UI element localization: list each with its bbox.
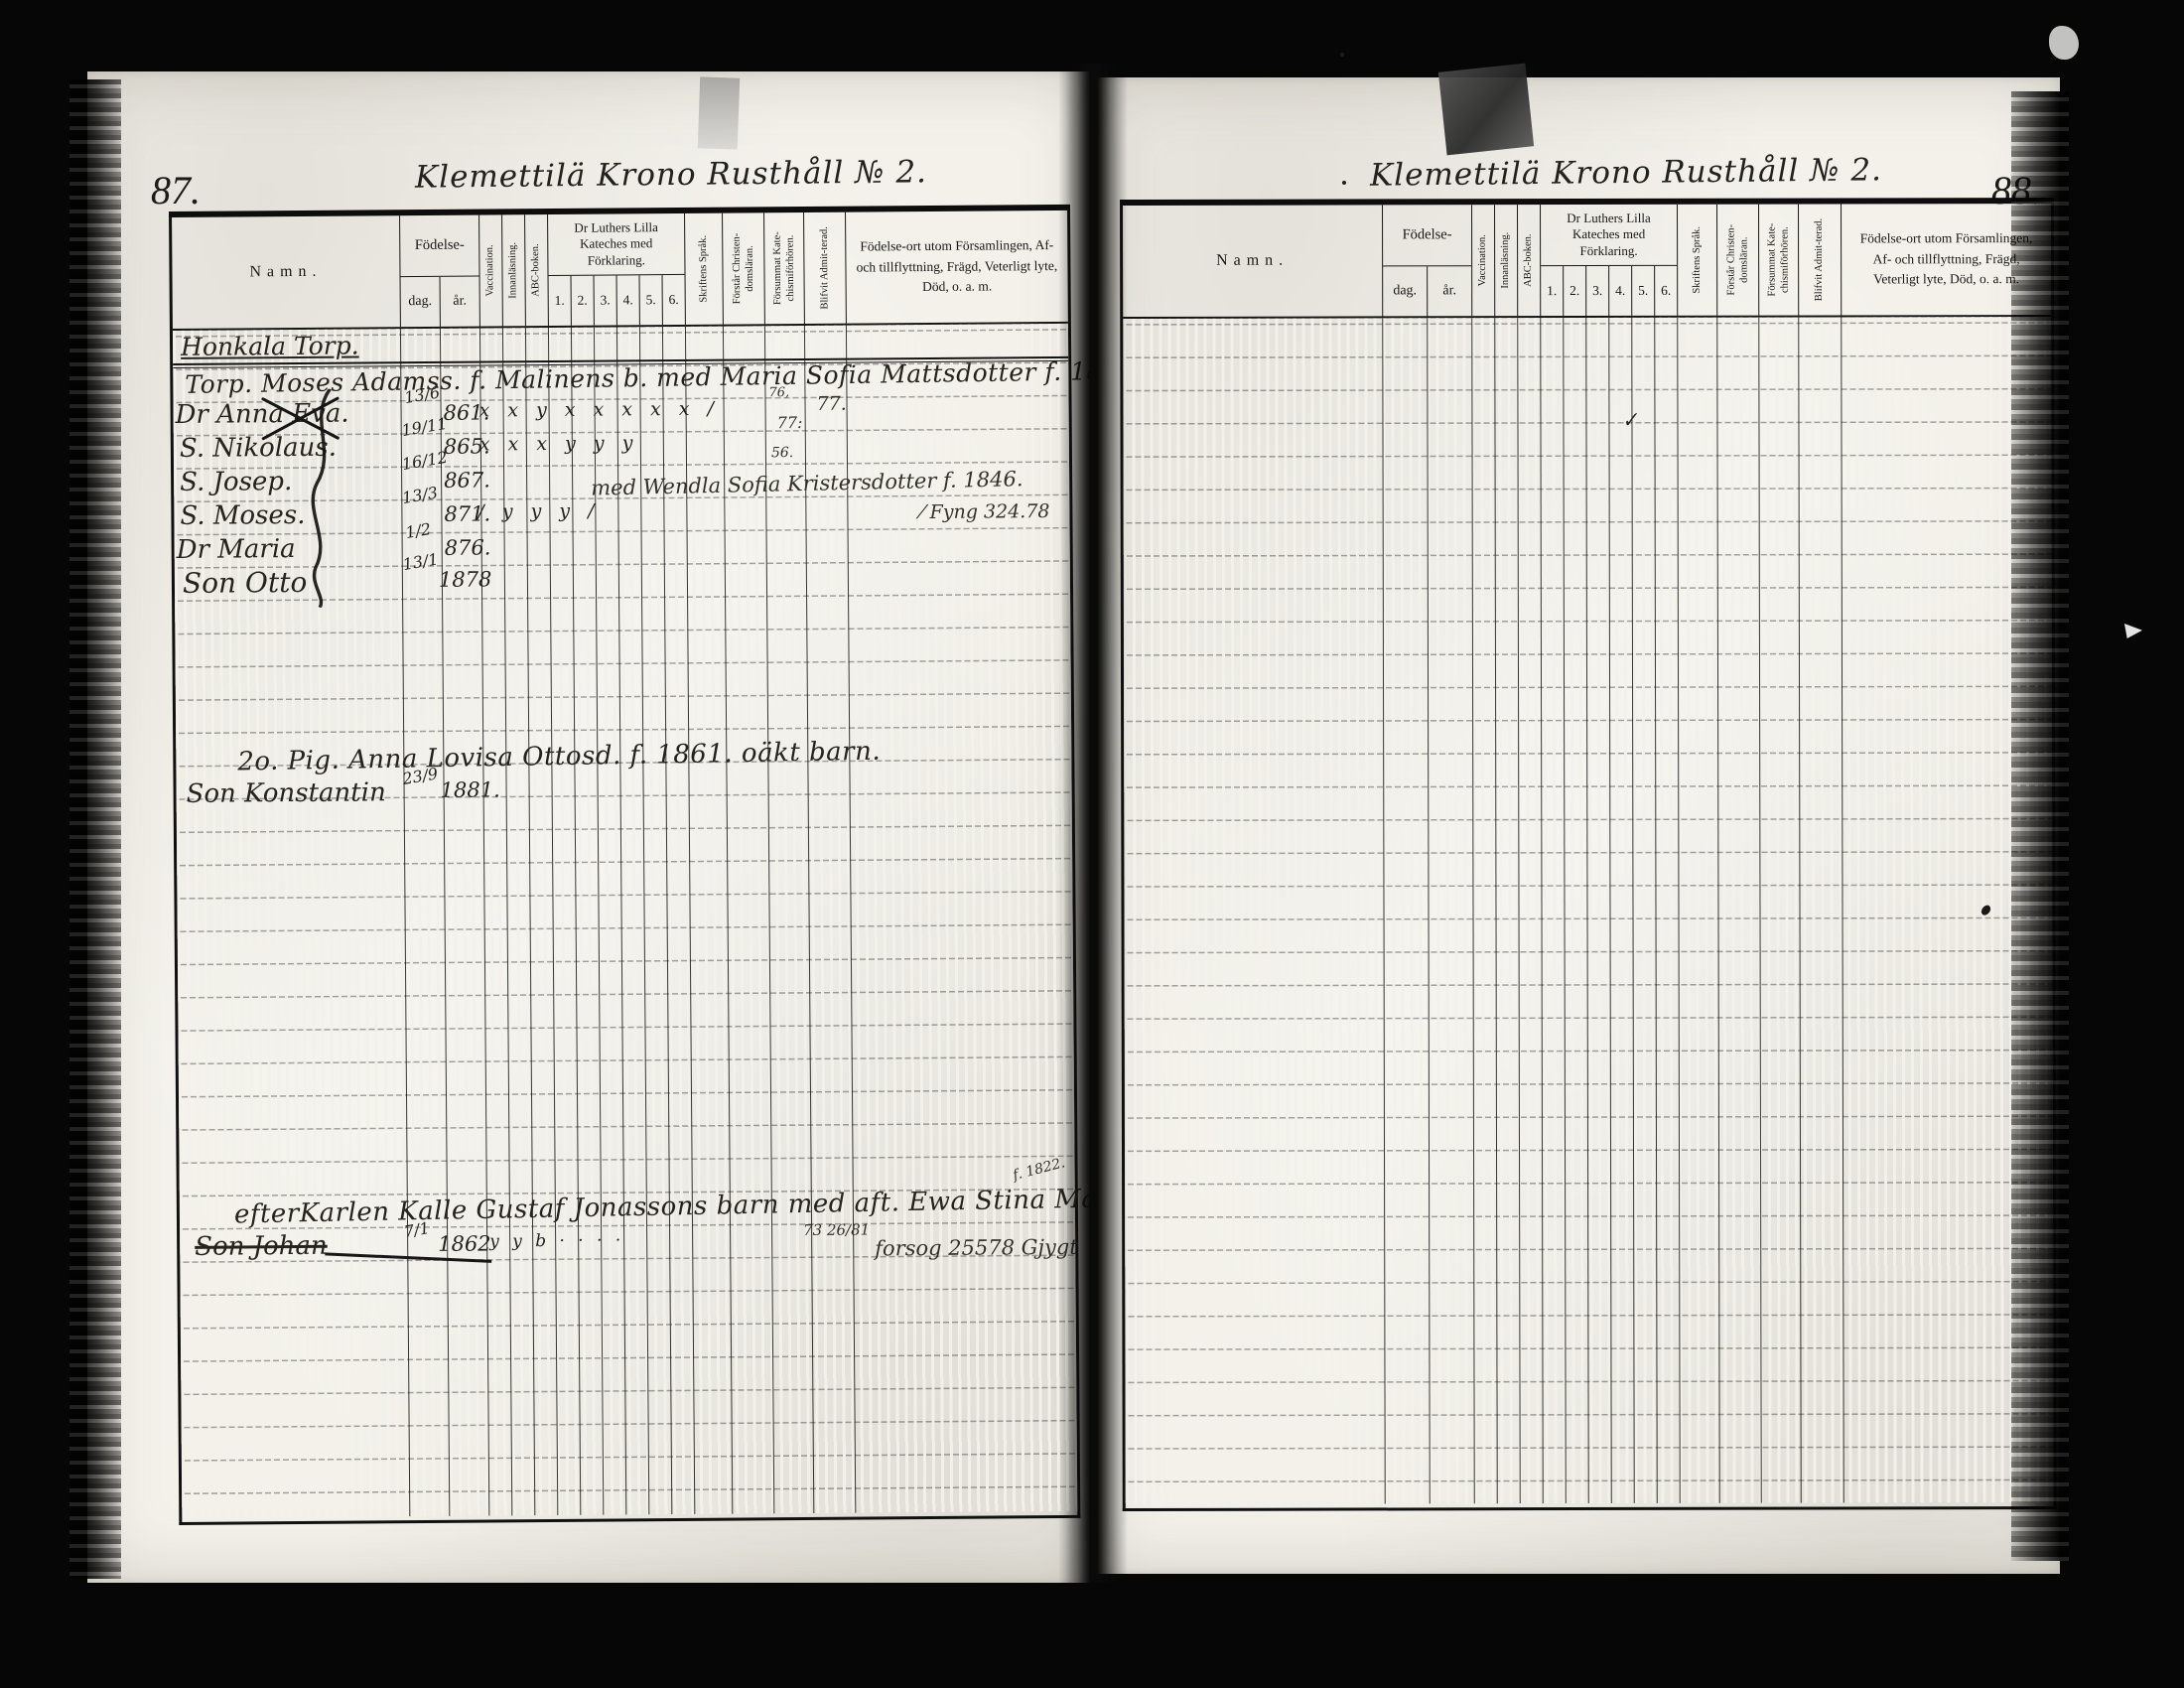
row-dag: 16/12 [400, 448, 449, 474]
row-marks: x x y x x x x x / [478, 398, 720, 422]
pig-line: 2o. Pig. Anna Lovisa Ottosd. f. 1861. oä… [237, 737, 881, 777]
row-marks: y y b · · · · [489, 1230, 624, 1251]
row-name: Dr Maria [177, 534, 296, 565]
row-dag: 19/11 [400, 414, 449, 440]
note-forsog: forsog 25578 Gjygt [875, 1235, 1078, 1261]
col-innanlasning: Innanläsning. [1495, 205, 1518, 316]
col-fodelse: Födelse- dag. år. [1383, 205, 1472, 316]
row-name: S. Moses. [180, 500, 305, 531]
col-skriftens-sprak: Skriftens Språk. [1678, 205, 1717, 316]
register-table-right: Namn. Födelse- dag. år. Vaccination. Inn… [1120, 198, 2057, 1511]
row-ar: 1881. [440, 777, 499, 801]
note-77: 77. [816, 393, 846, 415]
magen-line: efterKarlen Kalle Gustaf Jonassons barn … [234, 1184, 1134, 1230]
kateches-5: 5. [1631, 266, 1654, 316]
row-ar: 1862 [438, 1231, 491, 1255]
col-blifvit: Blifvit Admit-terad. [1799, 204, 1842, 315]
row-ar: 876. [445, 535, 491, 559]
col-dag: dag. [401, 277, 440, 327]
col-innanlasning: Innanläsning. [502, 214, 526, 326]
row-name: Son Otto [183, 566, 308, 600]
col-kateches: Dr Luthers Lilla Kateches med Förklaring… [548, 213, 686, 326]
col-fodelse: Födelse- dag. år. [400, 215, 480, 328]
dust-dot [1340, 53, 1344, 57]
note-76: 76, [768, 385, 789, 400]
edge-speck [2124, 624, 2142, 638]
note-56: 56. [771, 445, 793, 461]
ink-blot [1979, 904, 1992, 917]
table-header-right: Namn. Födelse- dag. år. Vaccination. Inn… [1123, 204, 2051, 319]
dust-dot [1342, 181, 1346, 185]
row-dag: 13/1 [401, 549, 440, 574]
row-marks: x x x y y y [479, 432, 639, 455]
row-dag: 13/3 [401, 483, 440, 507]
note-fyng: ⁄ Fyng 324.78 [920, 500, 1049, 523]
page-right: 88. Klemettilä Krono Rusthåll № 2. Namn.… [1092, 77, 2060, 1574]
row-name: Son Johan [195, 1231, 328, 1262]
col-vaccination: Vaccination. [1472, 205, 1495, 316]
strike-squiggle [300, 389, 345, 608]
kateches-2: 2. [1563, 266, 1585, 316]
kateches-3: 3. [1585, 266, 1608, 316]
col-abc-boken: ABC-boken. [525, 214, 549, 326]
col-skriftens-sprak: Skriftens Språk. [685, 213, 724, 325]
page-number-left: 87. [151, 167, 201, 213]
row-name: S. Josep. [180, 467, 292, 497]
column-rules-right [1123, 317, 2053, 1504]
section-heading: Honkala Torp. [181, 331, 359, 360]
scanner-background: 87. Klemettilä Krono Rusthåll № 2. Namn.… [0, 0, 2184, 1688]
fodelse-label: Födelse- [400, 215, 478, 278]
page-title-left: Klemettilä Krono Rusthåll № 2. [415, 154, 927, 195]
kateches-6: 6. [1654, 266, 1677, 316]
col-kateches: Dr Luthers Lilla Kateches med Förklaring… [1541, 205, 1678, 316]
col-namn: Namn. [172, 215, 401, 329]
kateches-4: 4. [616, 275, 639, 325]
col-forsummat: Försummat Kate-chismiförhören. [764, 212, 805, 324]
note-73: 73 26/81 [803, 1220, 870, 1239]
note-wendla: med Wendla Sofia Kristersdotter f. 1846. [591, 467, 1024, 499]
col-abc-boken: ABC-boken. [1518, 205, 1541, 316]
row-name: Son Konstantin [186, 777, 385, 809]
col-blifvit: Blifvit Admit-terad. [804, 212, 847, 324]
row-dag: 1/2 [404, 519, 433, 542]
note-77b: 77: [777, 413, 803, 432]
col-dag: dag. [1383, 266, 1427, 316]
register-table-left: Namn. Födelse- dag. år. Vaccination. Inn… [169, 205, 1080, 1525]
kateches-2: 2. [571, 276, 594, 326]
kateches-1: 1. [1541, 266, 1563, 316]
corner-speck [2049, 26, 2079, 60]
col-ar: år. [1427, 266, 1471, 316]
kateches-3: 3. [594, 275, 616, 325]
page-title-right: Klemettilä Krono Rusthåll № 2. [1370, 152, 1882, 193]
kateches-5: 5. [639, 275, 662, 325]
col-fodelseort: Födelse-ort utom Församlingen, Af- och t… [1842, 204, 2051, 315]
row-dag: 7/1 [403, 1218, 432, 1241]
pencil-check-mark: ✓ [1620, 407, 1640, 433]
kateches-1: 1. [549, 276, 571, 326]
row-ar: 1878 [439, 567, 492, 591]
col-forsummat: Försummat Kate-chismiförhören. [1759, 205, 1799, 316]
table-body-right: ✓ [1123, 317, 2053, 1504]
col-forstar: Förstår Christen-domsläran. [723, 212, 765, 324]
kateches-6: 6. [662, 275, 685, 325]
col-fodelseort: Födelse-ort utom Församlingen, Af- och t… [846, 211, 1068, 324]
table-body-left: Honkala Torp. Torp. Moses Adamss. f. Mal… [173, 324, 1077, 1518]
col-namn: Namn. [1123, 205, 1383, 317]
row-marks: / y y y / [478, 500, 600, 523]
tape-mark-right [1438, 64, 1534, 156]
col-vaccination: Vaccination. [479, 214, 503, 326]
row-ar: 867. [444, 468, 490, 492]
col-ar: år. [440, 277, 479, 327]
book-binding [1058, 64, 1128, 1583]
page-left: 87. Klemettilä Krono Rusthåll № 2. Namn.… [87, 71, 1092, 1583]
table-header-left: Namn. Födelse- dag. år. Vaccination. Inn… [172, 211, 1068, 331]
tape-mark-left [698, 76, 740, 149]
kateches-4: 4. [1608, 266, 1631, 316]
col-forstar: Förstår Christen-domsläran. [1717, 205, 1759, 316]
